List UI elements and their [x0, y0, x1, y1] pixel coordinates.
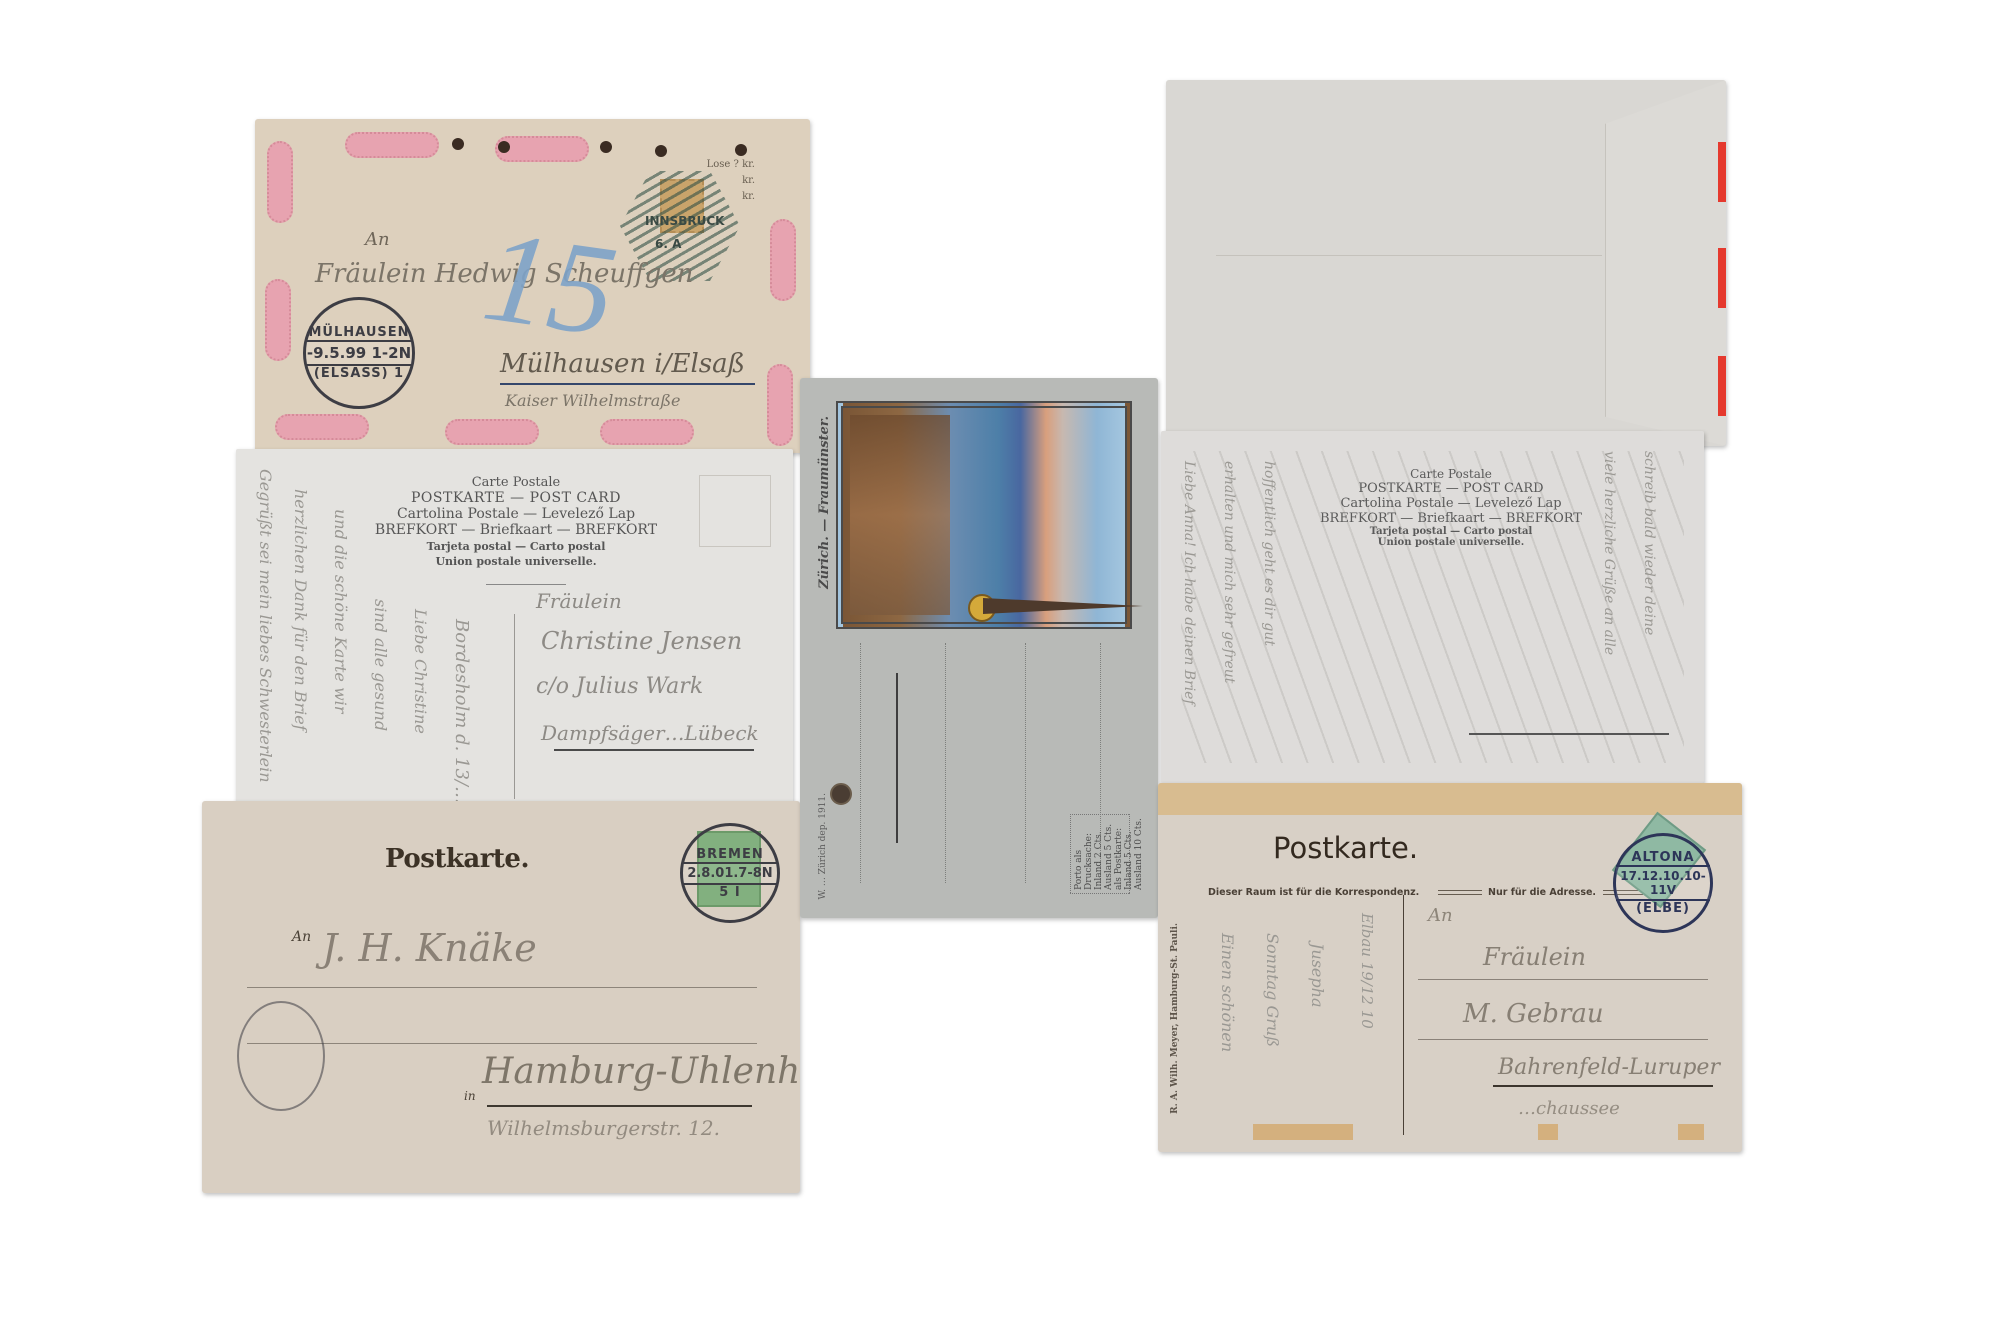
pink-ribbon — [265, 279, 291, 361]
buildings — [850, 415, 950, 615]
divider-vertical — [1403, 895, 1404, 1135]
address-line: M. Gebrau — [1463, 999, 1604, 1029]
address-line — [1418, 979, 1708, 980]
message-handwriting: Einen schönen — [1218, 933, 1237, 1123]
message-handwriting: erhalten und mich sehr gefreut — [1221, 461, 1237, 761]
publisher-imprint: R. A. Wilh. Meyer, Hamburg-St. Pauli. — [1170, 923, 1180, 1114]
label-an: An — [1428, 905, 1453, 926]
postmark-mulhausen: MÜLHAUSEN -9.5.99 1-2N (ELSASS) 1 — [303, 297, 415, 409]
airmail-stripe — [1718, 248, 1726, 308]
address-line: Dampfsäger…Lübeck — [541, 721, 759, 745]
tape-strip — [1158, 783, 1742, 815]
address-line — [247, 987, 757, 988]
pink-ribbon — [445, 419, 539, 445]
message-handwriting: Liebe Anna! Ich habe deinen Brief — [1181, 461, 1197, 761]
bremen-postcard: Postkarte. BREMEN 2.8.01.7-8N 5 I An J. … — [202, 801, 800, 1193]
pink-ribbon — [275, 414, 369, 440]
airmail-stripe — [1718, 356, 1726, 416]
address-line: Bahrenfeld-Luruper — [1498, 1055, 1720, 1080]
zurich-postcard: Zürich. — Fraumünster. W. … Zürich dep. … — [800, 378, 1158, 918]
address-underline — [500, 383, 755, 385]
street-handwriting: Kaiser Wilhelmstraße — [505, 391, 680, 410]
message-handwriting: Gegrüßt sei mein liebes Schwesterlein — [256, 469, 275, 789]
double-rule — [1438, 890, 1482, 895]
postmark-altona: ALTONA 17.12.10.10-11V (ELBE) — [1613, 833, 1713, 933]
city-handwriting: Hamburg-Uhlenh. — [482, 1051, 800, 1092]
laced-postcard: Lose ? kr. kr. kr. INNSBRUCK 6. A An Frä… — [255, 119, 810, 453]
address-underline — [554, 749, 754, 751]
dotted-line — [860, 643, 862, 883]
message-date: Elbau 19/12 10 — [1358, 913, 1376, 1113]
lace-hole — [600, 141, 612, 153]
message-handwriting: schreib bald wieder deine — [1641, 451, 1657, 771]
label-an: An — [365, 229, 390, 250]
city-handwriting: Mülhausen i/Elsaß — [500, 349, 745, 379]
address-line: …chaussee — [1518, 1098, 1620, 1119]
tape-residue — [1253, 1124, 1353, 1140]
message-handwriting: viele herzliche Grüße an alle — [1601, 451, 1617, 771]
upu-postcard: Gegrüßt sei mein liebes Schwesterlein he… — [236, 449, 793, 806]
rivet — [830, 783, 852, 805]
postmark-text: 6. A — [655, 237, 681, 251]
altona-postcard: Postkarte. Dieser Raum ist für die Korre… — [1158, 783, 1742, 1152]
envelope-flap — [1605, 80, 1726, 446]
postage-rate-box: Porto als Drucksache: Inland 2 Cts. Ausl… — [1070, 814, 1130, 894]
message-handwriting: sind alle gesund — [371, 599, 390, 799]
publisher-imprint: W. … Zürich dep. 1911. — [818, 793, 828, 900]
airmail-stripe — [1718, 142, 1726, 202]
street-handwriting: Wilhelmsburgerstr. 12. — [487, 1116, 720, 1140]
address-underline — [1469, 733, 1669, 735]
lace-hole — [452, 138, 464, 150]
message-handwriting: hoffentlich geht es dir gut — [1261, 461, 1277, 761]
pink-ribbon — [267, 141, 293, 223]
address-line — [1418, 1039, 1708, 1040]
lace-hole — [655, 145, 667, 157]
message-handwriting: herzlichen Dank für den Brief — [291, 489, 310, 789]
message-date: Bordesholm d. 13/… — [451, 619, 472, 799]
message-handwriting: Jusepha — [1308, 943, 1327, 1123]
blue-crayon-marking: 15 — [475, 201, 625, 368]
address-line: c/o Julius Wark — [536, 674, 703, 699]
church-spire — [983, 598, 1143, 614]
address-heading: Nur für die Adresse. — [1488, 887, 1596, 898]
postmark-text: INNSBRUCK — [645, 214, 724, 228]
pink-ribbon — [770, 219, 796, 301]
stamp-box — [699, 475, 771, 547]
address-line: Christine Jensen — [541, 627, 742, 655]
postmark-bremen: BREMEN 2.8.01.7-8N 5 I — [680, 823, 780, 923]
dotted-line — [945, 643, 947, 883]
envelope-back — [1166, 80, 1726, 446]
pink-ribbon — [345, 132, 439, 158]
lace-hole — [735, 144, 747, 156]
recipient-handwriting: J. H. Knäke — [322, 926, 537, 970]
arrival-postmark — [237, 1001, 325, 1111]
address-line: Fräulein — [1483, 943, 1586, 971]
divider — [486, 584, 566, 585]
card-title: Postkarte. — [1273, 831, 1418, 865]
divider-vertical — [514, 614, 515, 799]
envelope-fold — [1216, 255, 1602, 256]
correspondence-heading: Dieser Raum ist für die Korrespondenz. — [1208, 887, 1419, 898]
address-underline — [1493, 1085, 1713, 1087]
pink-ribbon — [600, 419, 694, 445]
message-handwriting: Liebe Christine — [411, 609, 430, 799]
address-underline — [487, 1105, 752, 1107]
pink-ribbon — [767, 364, 793, 446]
card-title: Postkarte. — [385, 844, 529, 874]
dotted-line — [1025, 643, 1027, 883]
address-line: Fräulein — [536, 589, 622, 613]
tape-residue — [1538, 1124, 1558, 1140]
label-an: An — [292, 929, 311, 945]
address-divider — [896, 673, 898, 843]
tape-residue — [1678, 1124, 1704, 1140]
label-in: in — [464, 1089, 476, 1103]
illustration-fraumunster — [836, 401, 1132, 629]
message-handwriting: Sonntag Gruß — [1263, 933, 1282, 1123]
lace-hole — [498, 141, 510, 153]
crosswritten-postcard: Liebe Anna! Ich habe deinen Brief erhalt… — [1161, 431, 1704, 783]
printed-header: Carte Postale POSTKARTE — POST CARD Cart… — [1301, 467, 1601, 548]
printed-header: Carte Postale POSTKARTE — POST CARD Cart… — [336, 475, 696, 568]
card-caption: Zürich. — Fraumünster. — [817, 416, 832, 589]
